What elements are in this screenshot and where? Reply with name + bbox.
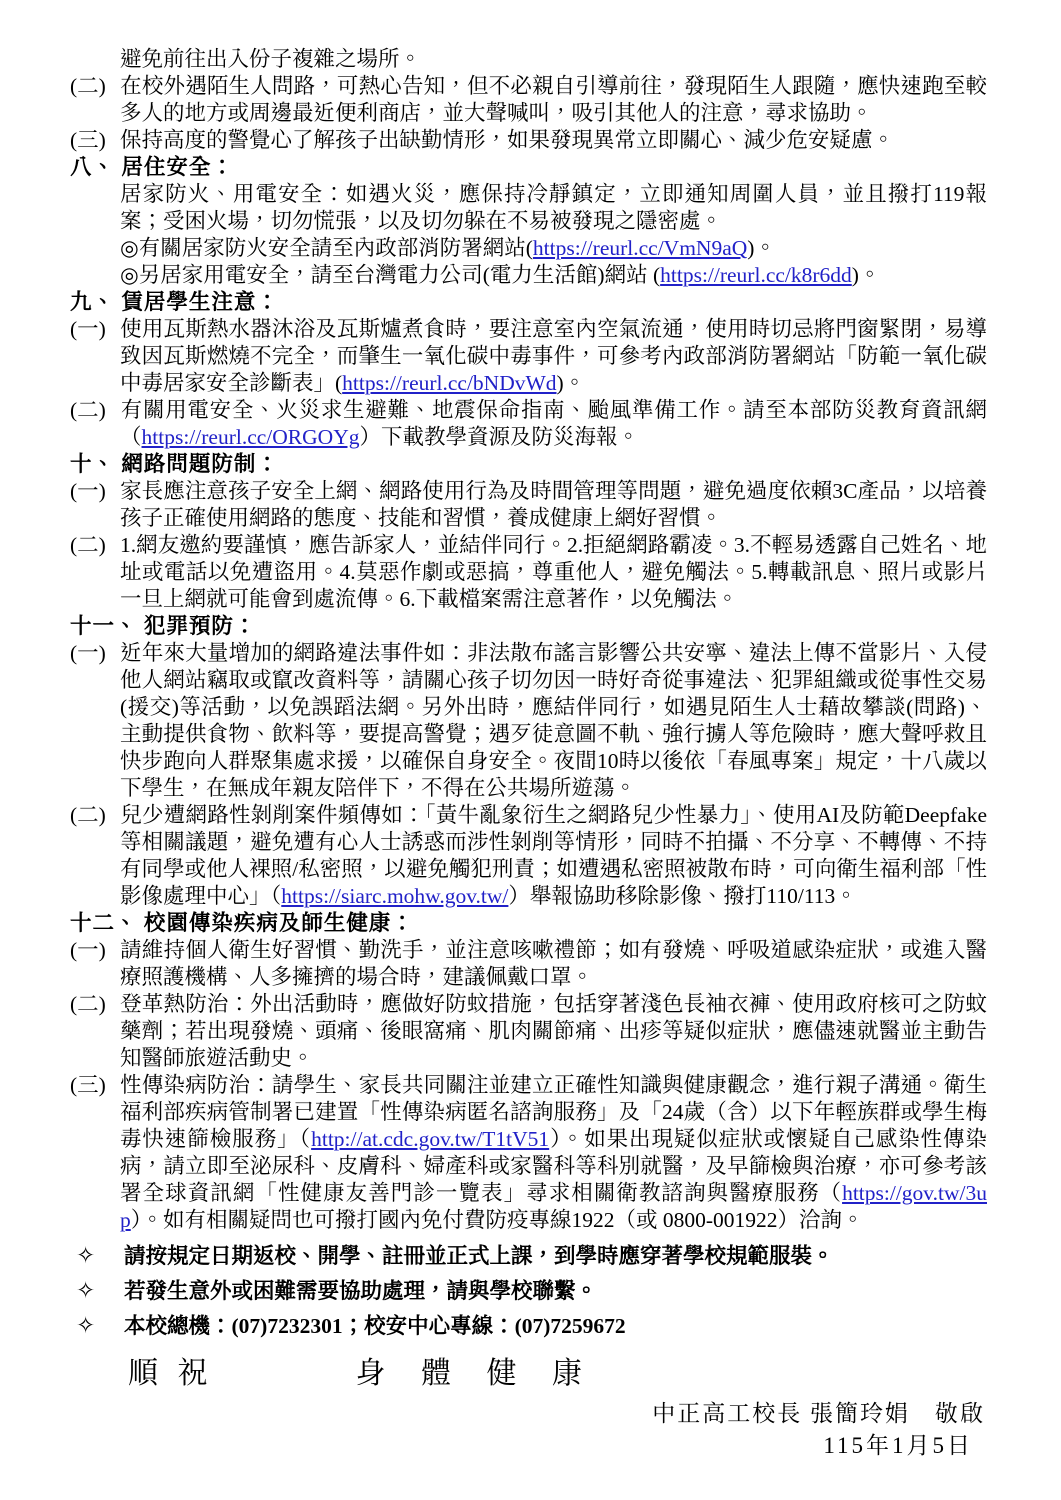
list-item: (二)兒少遭網路性剝削案件頻傳如：「黃牛亂象衍生之網路兒少性暴力」、使用AI及防… — [70, 802, 987, 910]
diamond-bullet-icon: ✧ — [70, 1277, 124, 1304]
note-text: 本校總機：(07)7232301；校安中心專線：(07)7259672 — [124, 1314, 626, 1338]
section-heading: 八、 居住安全： — [70, 154, 987, 181]
text-run: ◎另居家用電安全，請至台灣電力公司(電力生活館)網站 ( — [120, 263, 660, 287]
salutation-prefix: 順 祝 — [128, 1357, 214, 1390]
signature: 中正高工校長 張簡玲娟 敬啟 — [70, 1398, 987, 1430]
item-marker: (二) — [70, 532, 120, 559]
document-page: 避免前往出入份子複雜之場所。(二)在校外遇陌生人問路，可熱心告知，但不必親自引導… — [0, 0, 1061, 1500]
note-text: 請按規定日期返校、開學、註冊並正式上課，到學時應穿著學校規範服裝。 — [124, 1244, 834, 1268]
item-marker: (二) — [70, 397, 120, 424]
list-item: (一)家長應注意孩子安全上網、網路使用行為及時間管理等問題，避免過度依賴3C產品… — [70, 478, 987, 532]
note-item: ✧本校總機：(07)7232301；校安中心專線：(07)7259672 — [70, 1312, 987, 1340]
paragraph: 居家防火、用電安全：如遇火災，應保持冷靜鎮定，立即通知周圍人員，並且撥打119報… — [70, 181, 987, 235]
text-run: )。 — [557, 371, 586, 395]
item-marker: (一) — [70, 316, 120, 343]
document-body: 避免前往出入份子複雜之場所。(二)在校外遇陌生人問路，可熱心告知，但不必親自引導… — [70, 46, 987, 1234]
diamond-bullet-icon: ✧ — [70, 1242, 124, 1269]
paragraph: 避免前往出入份子複雜之場所。 — [70, 46, 987, 73]
section-heading: 十二、 校園傳染疾病及師生健康： — [70, 910, 987, 937]
notes-list: ✧請按規定日期返校、開學、註冊並正式上課，到學時應穿著學校規範服裝。✧若發生意外… — [70, 1242, 987, 1340]
note-item: ✧請按規定日期返校、開學、註冊並正式上課，到學時應穿著學校規範服裝。 — [70, 1242, 987, 1270]
text-run: 家長應注意孩子安全上網、網路使用行為及時間管理等問題，避免過度依賴3C產品，以培… — [120, 479, 987, 530]
item-marker: (一) — [70, 937, 120, 964]
text-run: 近年來大量增加的網路違法事件如：非法散布謠言影響公共安寧、違法上傳不當影片、入侵… — [120, 641, 987, 800]
text-run: ◎有關居家防火安全請至內政部消防署網站( — [120, 236, 533, 260]
text-run: 請維持個人衛生好習慣、勤洗手，並注意咳嗽禮節；如有發燒、呼吸道感染症狀，或進入醫… — [120, 938, 987, 989]
item-marker: (一) — [70, 640, 120, 667]
list-item: (三)性傳染病防治：請學生、家長共同關注並建立正確性知識與健康觀念，進行親子溝通… — [70, 1072, 987, 1234]
list-item: (一)近年來大量增加的網路違法事件如：非法散布謠言影響公共安寧、違法上傳不當影片… — [70, 640, 987, 802]
text-run: 居家防火、用電安全：如遇火災，應保持冷靜鎮定，立即通知周圍人員，並且撥打119報… — [120, 182, 987, 233]
text-run: 登革熱防治：外出活動時，應做好防蚊措施，包括穿著淺色長袖衣褲、使用政府核可之防蚊… — [120, 992, 987, 1070]
text-run: 避免前往出入份子複雜之場所。 — [120, 47, 421, 71]
list-item: (二)登革熱防治：外出活動時，應做好防蚊措施，包括穿著淺色長袖衣褲、使用政府核可… — [70, 991, 987, 1072]
hyperlink[interactable]: https://reurl.cc/VmN9aQ — [533, 236, 747, 260]
hyperlink[interactable]: https://reurl.cc/ORGOYg — [142, 425, 360, 449]
item-marker: (二) — [70, 991, 120, 1018]
date: 115年1月5日 — [70, 1430, 987, 1462]
paragraph: ◎另居家用電安全，請至台灣電力公司(電力生活館)網站 (https://reur… — [70, 262, 987, 289]
text-run: ）下載教學資源及防災海報。 — [359, 425, 639, 449]
item-marker: (二) — [70, 73, 120, 100]
item-marker: (三) — [70, 1072, 120, 1099]
item-marker: (三) — [70, 127, 120, 154]
text-run: 1.網友邀約要謹慎，應告訴家人，並結伴同行。2.拒絕網路霸凌。3.不輕易透露自己… — [120, 533, 987, 611]
note-text: 若發生意外或困難需要協助處理，請與學校聯繫。 — [124, 1279, 597, 1303]
list-item: (二)1.網友邀約要謹慎，應告訴家人，並結伴同行。2.拒絕網路霸凌。3.不輕易透… — [70, 532, 987, 613]
list-item: (一)使用瓦斯熱水器沐浴及瓦斯爐煮食時，要注意室內空氣流通，使用時切忌將門窗緊閉… — [70, 316, 987, 397]
section-heading: 十、 網路問題防制： — [70, 451, 987, 478]
text-run: 保持高度的警覺心了解孩子出缺勤情形，如果發現異常立即關心、減少危安疑慮。 — [120, 128, 894, 152]
list-item: (一)請維持個人衛生好習慣、勤洗手，並注意咳嗽禮節；如有發燒、呼吸道感染症狀，或… — [70, 937, 987, 991]
item-marker: (一) — [70, 478, 120, 505]
hyperlink[interactable]: https://reurl.cc/bNDvWd — [342, 371, 556, 395]
list-item: (三)保持高度的警覺心了解孩子出缺勤情形，如果發現異常立即關心、減少危安疑慮。 — [70, 127, 987, 154]
text-run: ）舉報協助移除影像、撥打110/113。 — [508, 884, 856, 908]
item-marker: (二) — [70, 802, 120, 829]
hyperlink[interactable]: https://reurl.cc/k8r6dd — [660, 263, 852, 287]
note-item: ✧若發生意外或困難需要協助處理，請與學校聯繫。 — [70, 1277, 987, 1305]
list-item: (二)在校外遇陌生人問路，可熱心告知，但不必親自引導前往，發現陌生人跟隨，應快速… — [70, 73, 987, 127]
paragraph: ◎有關居家防火安全請至內政部消防署網站(https://reurl.cc/VmN… — [70, 235, 987, 262]
text-run: ）。如有相關疑問也可撥打國內免付費防疫專線1922（或 0800-001922）… — [131, 1208, 864, 1232]
text-run: )。 — [747, 236, 776, 260]
text-run: 在校外遇陌生人問路，可熱心告知，但不必親自引導前往，發現陌生人跟隨，應快速跑至較… — [120, 74, 987, 125]
hyperlink[interactable]: https://siarc.mohw.gov.tw/ — [281, 884, 508, 908]
hyperlink[interactable]: http://at.cdc.gov.tw/T1tV51 — [311, 1127, 549, 1151]
text-run: )。 — [852, 263, 881, 287]
salutation-body: 身 體 健 康 — [356, 1357, 597, 1390]
diamond-bullet-icon: ✧ — [70, 1312, 124, 1339]
section-heading: 十一、 犯罪預防： — [70, 613, 987, 640]
list-item: (二)有關用電安全、火災求生避難、地震保命指南、颱風準備工作。請至本部防災教育資… — [70, 397, 987, 451]
section-heading: 九、 賃居學生注意： — [70, 289, 987, 316]
salutation: 順 祝身 體 健 康 — [70, 1352, 987, 1396]
